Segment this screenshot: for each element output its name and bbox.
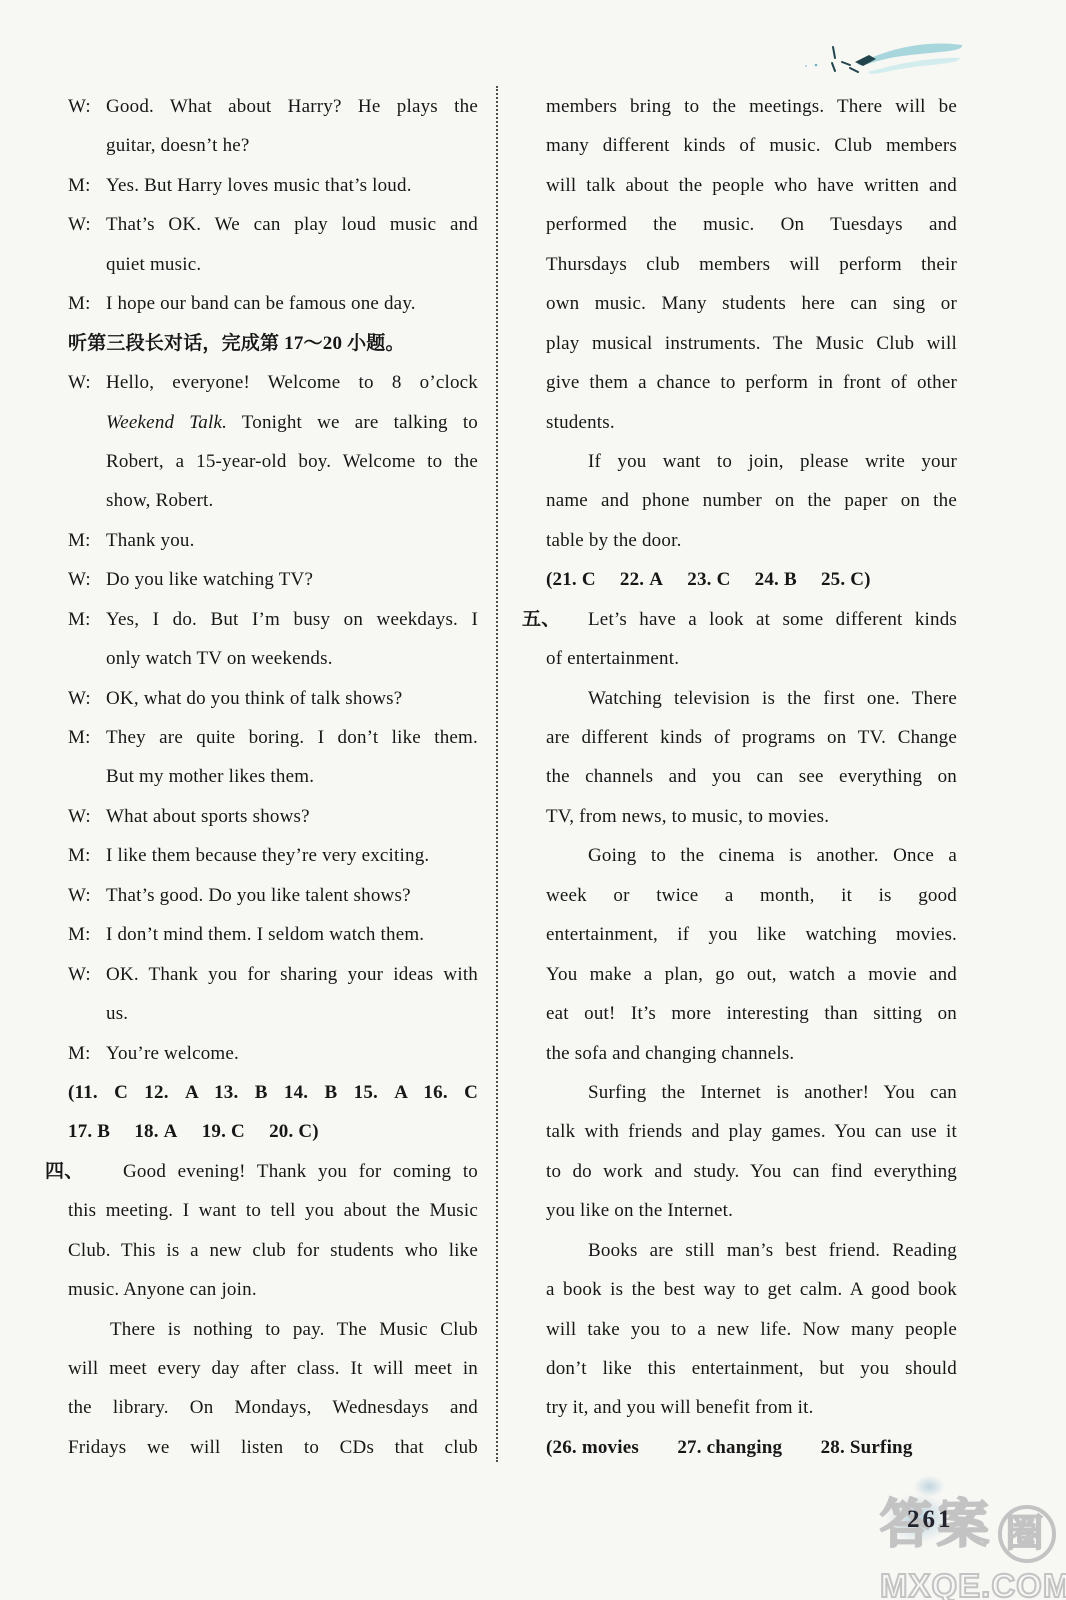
- text-line: music. Anyone can join.: [68, 1270, 478, 1309]
- text-line: 听第三段长对话，完成第 17～20 小题。: [68, 324, 478, 363]
- text-line: But my mother likes them.: [68, 757, 478, 796]
- speaker-label: M:: [68, 284, 106, 323]
- text-line: a book is the best way to get calm. A go…: [546, 1270, 957, 1309]
- text-line: W:Good. What about Harry? He plays the: [68, 87, 478, 126]
- text-line: Fridays we will listen to CDs that club: [68, 1428, 478, 1467]
- speaker-label: W:: [68, 955, 106, 994]
- text-line: Books are still man’s best friend. Readi…: [546, 1231, 957, 1270]
- text-line: to do work and study. You can find every…: [546, 1152, 957, 1191]
- text-line: play musical instruments. The Music Club…: [546, 324, 957, 363]
- text-line: M:Yes. But Harry loves music that’s loud…: [68, 166, 478, 205]
- right-text-column: members bring to the meetings. There wil…: [546, 87, 957, 1467]
- text-line: own music. Many students here can sing o…: [546, 284, 957, 323]
- text-line: talk with friends and play games. You ca…: [546, 1112, 957, 1151]
- text-line: Watching television is the first one. Th…: [546, 679, 957, 718]
- text-line: W:OK. Thank you for sharing your ideas w…: [68, 955, 478, 994]
- text-line: TV, from news, to music, to movies.: [546, 797, 957, 836]
- text-line: Thursdays club members will perform thei…: [546, 245, 957, 284]
- speaker-label: M:: [68, 718, 106, 757]
- text-line: the library. On Mondays, Wednesdays and: [68, 1388, 478, 1427]
- text-line: give them a chance to perform in front o…: [546, 363, 957, 402]
- speaker-label: W:: [68, 797, 106, 836]
- speaker-label: M:: [68, 521, 106, 560]
- text-line: try it, and you will benefit from it.: [546, 1388, 957, 1427]
- page-number: 261: [907, 1506, 954, 1534]
- text-line: quiet music.: [68, 245, 478, 284]
- text-line: (26. movies 27. changing 28. Surfing: [546, 1428, 957, 1467]
- brushstroke-decoration-icon: [770, 28, 970, 86]
- text-run: Tonight we are talking to: [227, 412, 478, 433]
- speaker-label: M:: [68, 600, 106, 639]
- text-line: of entertainment.: [546, 639, 957, 678]
- text-line: W:That’s OK. We can play loud music and: [68, 205, 478, 244]
- text-line: you like on the Internet.: [546, 1191, 957, 1230]
- text-line: only watch TV on weekends.: [68, 639, 478, 678]
- text-line: eat out! It’s more interesting than sitt…: [546, 994, 957, 1033]
- watermark-circled-char: 圈: [998, 1505, 1056, 1563]
- text-line: us.: [68, 994, 478, 1033]
- section-marker: 四、: [45, 1152, 83, 1191]
- speaker-label: M:: [68, 915, 106, 954]
- watermark-site: MXQE.COM: [880, 1567, 1066, 1600]
- text-line: members bring to the meetings. There wil…: [546, 87, 957, 126]
- text-line: Surfing the Internet is another! You can: [546, 1073, 957, 1112]
- text-line: many different kinds of music. Club memb…: [546, 126, 957, 165]
- text-line: W:Do you like watching TV?: [68, 560, 478, 599]
- text-line: W:What about sports shows?: [68, 797, 478, 836]
- speaker-label: M:: [68, 1034, 106, 1073]
- scanned-book-page: W:Good. What about Harry? He plays thegu…: [0, 0, 1066, 1600]
- text-line: W:OK, what do you think of talk shows?: [68, 679, 478, 718]
- text-line: 17. B 18. A 19. C 20. C): [68, 1112, 478, 1151]
- text-line: M:I like them because they’re very excit…: [68, 836, 478, 875]
- text-line: the sofa and changing channels.: [546, 1034, 957, 1073]
- speaker-label: W:: [68, 87, 106, 126]
- section-marker: 五、: [522, 600, 560, 639]
- text-line: If you want to join, please write your: [546, 442, 957, 481]
- text-line: There is nothing to pay. The Music Club: [68, 1310, 478, 1349]
- speaker-label: W:: [68, 363, 106, 402]
- text-line: M:They are quite boring. I don’t like th…: [68, 718, 478, 757]
- text-line: don’t like this entertainment, but you s…: [546, 1349, 957, 1388]
- text-line: students.: [546, 403, 957, 442]
- text-line: (21. C 22. A 23. C 24. B 25. C): [546, 560, 957, 599]
- text-line: W:That’s good. Do you like talent shows?: [68, 876, 478, 915]
- text-line: are different kinds of programs on TV. C…: [546, 718, 957, 757]
- text-line: entertainment, if you like watching movi…: [546, 915, 957, 954]
- text-line: 五、Let’s have a look at some different ki…: [546, 600, 957, 639]
- text-line: will meet every day after class. It will…: [68, 1349, 478, 1388]
- text-line: W:Hello, everyone! Welcome to 8 o’clock: [68, 363, 478, 402]
- text-line: week or twice a month, it is good: [546, 876, 957, 915]
- speaker-label: M:: [68, 166, 106, 205]
- text-line: performed the music. On Tuesdays and: [546, 205, 957, 244]
- italic-run: Weekend Talk.: [106, 412, 227, 433]
- text-line: M:I don’t mind them. I seldom watch them…: [68, 915, 478, 954]
- text-line: name and phone number on the paper on th…: [546, 481, 957, 520]
- text-line: guitar, doesn’t he?: [68, 126, 478, 165]
- text-line: Going to the cinema is another. Once a: [546, 836, 957, 875]
- speaker-label: M:: [68, 836, 106, 875]
- speaker-label: W:: [68, 679, 106, 718]
- text-line: (11. C 12. A 13. B 14. B 15. A 16. C: [68, 1073, 478, 1112]
- text-line: Club. This is a new club for students wh…: [68, 1231, 478, 1270]
- text-line: Weekend Talk. Tonight we are talking to: [68, 403, 478, 442]
- text-line: will talk about the people who have writ…: [546, 166, 957, 205]
- text-line: M:Yes, I do. But I’m busy on weekdays. I: [68, 600, 478, 639]
- speaker-label: W:: [68, 876, 106, 915]
- text-line: M:You’re welcome.: [68, 1034, 478, 1073]
- text-line: table by the door.: [546, 521, 957, 560]
- text-line: Robert, a 15-year-old boy. Welcome to th…: [68, 442, 478, 481]
- text-line: will take you to a new life. Now many pe…: [546, 1310, 957, 1349]
- text-line: You make a plan, go out, watch a movie a…: [546, 955, 957, 994]
- speaker-label: W:: [68, 205, 106, 244]
- text-line: this meeting. I want to tell you about t…: [68, 1191, 478, 1230]
- text-line: 四、Good evening! Thank you for coming to: [68, 1152, 478, 1191]
- speaker-label: W:: [68, 560, 106, 599]
- text-line: the channels and you can see everything …: [546, 757, 957, 796]
- text-line: M:Thank you.: [68, 521, 478, 560]
- text-line: show, Robert.: [68, 481, 478, 520]
- text-line: M:I hope our band can be famous one day.: [68, 284, 478, 323]
- column-divider: [496, 86, 498, 1462]
- left-text-column: W:Good. What about Harry? He plays thegu…: [68, 87, 478, 1467]
